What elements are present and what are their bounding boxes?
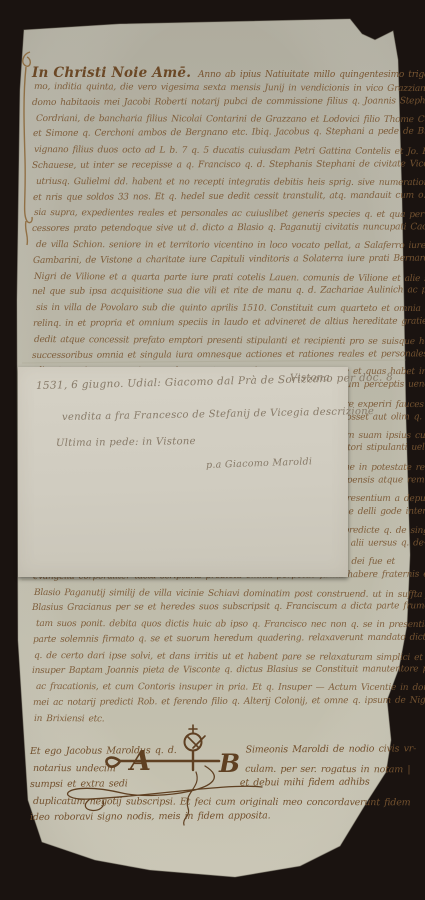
manuscript-line: Blasius Gracianus per se et heredes suos…	[32, 600, 404, 617]
invocation-text: In Christi Noie Amē.	[32, 65, 191, 81]
note-signature: p.a Giacomo Maroldi	[206, 456, 313, 471]
opening-line: In Christi Noie Amē.Anno ab ipius Natiui…	[32, 62, 404, 80]
notary-line: Et ego Jacobus Maroldus q. d. Simeonis M…	[30, 741, 390, 760]
manuscript-line: successoribus omnia et singula iura omne…	[32, 347, 404, 364]
note-line-3: Ultima in pede: in Vistone	[56, 436, 196, 449]
manuscript-line: mei ac notarij predicti Rob. et ferendo …	[33, 694, 404, 712]
note-line-2: vendita a fra Francesco de Stefanij de V…	[62, 406, 374, 423]
note-corner-word: Vistona	[290, 372, 330, 384]
manuscript-scan: In Christi Noie Amē.Anno ab ipius Natiui…	[0, 0, 425, 900]
manuscript-line: et Simone q. Cerchoni ambos de Bergnano …	[33, 125, 404, 143]
archivist-note-slip: 1531, 6 giugno. Udial: Giacomo dal Prà d…	[18, 367, 348, 577]
manuscript-line: nel que sub ipsa acquisitione sua die vi…	[32, 284, 404, 301]
manuscript-line: in Brixiensi etc.	[34, 712, 404, 730]
manuscript-line: insuper Baptam Joannis pieta de Visconte…	[32, 663, 404, 680]
manuscript-line: cessores prato petendoque sive ut d. dic…	[32, 221, 404, 238]
manuscript-line: et nris que soldos 33 nos. Et q. hedel s…	[33, 188, 404, 206]
manuscript-line: domo habitaois mei Jacobi Roberti notari…	[32, 94, 404, 111]
manuscript-line: relinq. in et propria et omnium speciis …	[33, 315, 404, 333]
manuscript-line: parte solemnis firmato q. se et suorum h…	[33, 631, 404, 649]
margin-flourish	[23, 52, 32, 245]
manuscript-line: Gambarini, de Vistone a charitate iure C…	[33, 251, 404, 269]
manuscript-line: Schauese, ut inter se recepisse a q. Fra…	[32, 157, 404, 174]
notary-line: sumpsi et extra sedi et debui mihi fidem…	[30, 775, 390, 794]
opening-continuation: Anno ab ipius Natiuitate millo quingente…	[198, 70, 425, 80]
notary-line: ideo roboravi signo nodis, meis in fidem…	[30, 808, 390, 827]
note-date-line: 1531, 6 giugno. Udial: Giacomo dal Prà d…	[36, 371, 393, 392]
notary-subscription-block: Et ego Jacobus Maroldus q. d. Simeonis M…	[30, 744, 390, 827]
